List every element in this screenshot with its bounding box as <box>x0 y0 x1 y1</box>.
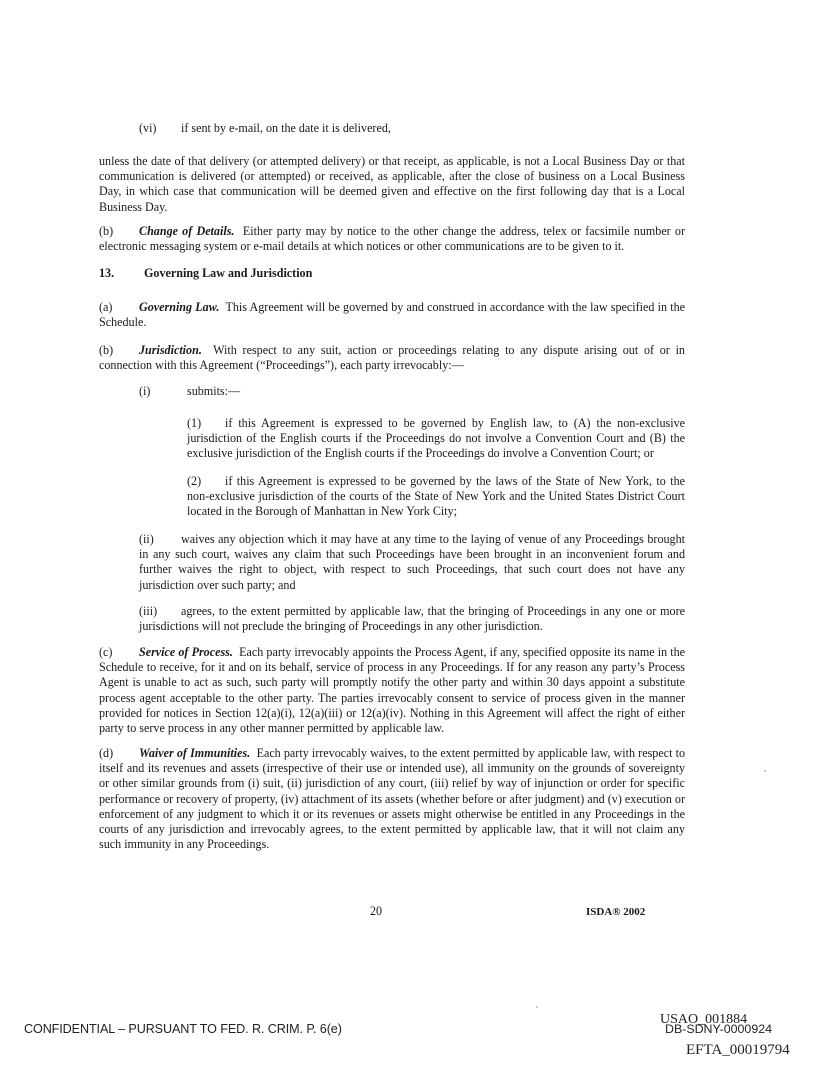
section-title: Governing Law. <box>139 300 219 314</box>
confidential-notice: CONFIDENTIAL – PURSUANT TO FED. R. CRIM.… <box>24 1022 342 1036</box>
form-name: ISDA® 2002 <box>586 905 645 920</box>
section-label: (d) <box>99 746 139 761</box>
section-13d-waiver-of-immunities: (d)Waiver of Immunities. Each party irre… <box>99 746 685 852</box>
page-number: 20 <box>370 904 382 919</box>
section-title: Service of Process. <box>139 645 233 659</box>
item-label: (2) <box>187 474 225 489</box>
section-13-heading: 13.Governing Law and Jurisdiction <box>99 266 685 281</box>
item-label: (1) <box>187 416 225 431</box>
item-13b-i: (i)submits:— <box>139 384 685 399</box>
section-label: (b) <box>99 224 139 239</box>
efta-bates-number: EFTA_00019794 <box>686 1042 790 1059</box>
item-13b-i-1: (1)if this Agreement is expressed to be … <box>187 416 685 462</box>
section-label: (a) <box>99 300 139 315</box>
section-heading: Governing Law and Jurisdiction <box>144 266 312 280</box>
item-text: if this Agreement is expressed to be gov… <box>187 474 685 518</box>
item-text: if sent by e-mail, on the date it is del… <box>181 121 391 135</box>
item-text: if this Agreement is expressed to be gov… <box>187 416 685 460</box>
item-text: waives any objection which it may have a… <box>139 532 685 592</box>
section-title: Change of Details. <box>139 224 234 238</box>
item-13b-ii: (ii)waives any objection which it may ha… <box>139 532 685 593</box>
unless-paragraph: unless the date of that delivery (or att… <box>99 154 685 215</box>
item-13b-iii: (iii)agrees, to the extent permitted by … <box>139 604 685 634</box>
section-12b-change-of-details: (b)Change of Details. Either party may b… <box>99 224 685 254</box>
section-text: Each party irrevocably waives, to the ex… <box>99 746 685 851</box>
section-13a-governing-law: (a)Governing Law. This Agreement will be… <box>99 300 685 330</box>
section-label: (b) <box>99 343 139 358</box>
item-label: (ii) <box>139 532 181 547</box>
item-13b-i-2: (2)if this Agreement is expressed to be … <box>187 474 685 520</box>
db-sdny-bates-number: DB-SDNY-0000924 <box>665 1022 772 1036</box>
item-label: (i) <box>139 384 187 399</box>
section-title: Jurisdiction. <box>139 343 202 357</box>
scan-speck <box>536 1006 538 1008</box>
item-text: agrees, to the extent permitted by appli… <box>139 604 685 633</box>
scan-speck <box>764 770 766 772</box>
document-page: (vi)if sent by e-mail, on the date it is… <box>0 0 816 1073</box>
item-label: (iii) <box>139 604 181 619</box>
section-title: Waiver of Immunities. <box>139 746 250 760</box>
section-number: 13. <box>99 266 144 281</box>
section-13c-service-of-process: (c)Service of Process. Each party irrevo… <box>99 645 685 736</box>
item-text: submits:— <box>187 384 240 398</box>
item-label: (vi) <box>139 121 181 136</box>
section-label: (c) <box>99 645 139 660</box>
section-13b-jurisdiction: (b)Jurisdiction. With respect to any sui… <box>99 343 685 373</box>
item-vi: (vi)if sent by e-mail, on the date it is… <box>139 121 685 136</box>
